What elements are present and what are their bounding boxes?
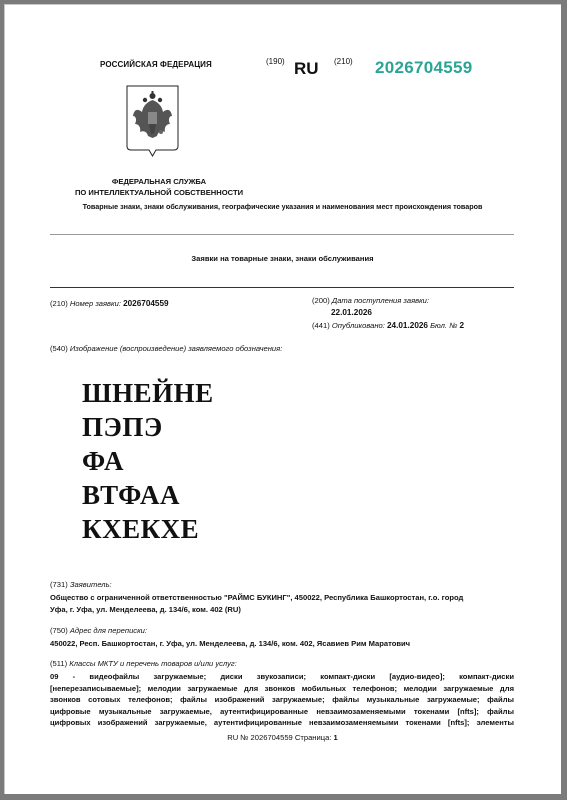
field-code: (441) [312, 321, 330, 330]
correspondence-address: 450022, Респ. Башкортостан, г. Уфа, ул. … [50, 638, 514, 650]
field-code: (540) [50, 344, 68, 353]
published-field: (441) Опубликовано: 24.01.2026 Бюл. № 2 [312, 321, 464, 330]
mark-line: КХЕКХЕ [82, 512, 214, 546]
document-number: 2026704559 [375, 58, 473, 78]
applicant-text: Общество с ограниченной ответственностью… [50, 592, 514, 615]
field-code: (200) [312, 296, 330, 305]
goods-line: 09 - видеофайлы загружаемые; диски звуко… [50, 671, 514, 683]
applicant-label: (731) Заявитель: [50, 580, 112, 589]
document-page: РОССИЙСКАЯ ФЕДЕРАЦИЯ (190) RU (210) 2026… [4, 4, 561, 794]
application-number-field: (210) Номер заявки: 2026704559 [50, 299, 169, 308]
published-date: 24.01.2026 [387, 321, 428, 330]
applicant-line: Уфа, г. Уфа, ул. Менделеева, д. 134/6, к… [50, 604, 514, 616]
divider [50, 287, 514, 288]
field-label: Адрес для переписки: [70, 626, 147, 635]
code-210: (210) [334, 57, 353, 66]
document-subtitle: Товарные знаки, знаки обслуживания, геог… [4, 202, 561, 211]
code-190: (190) [266, 57, 285, 66]
footer-reference: RU № 2026704559 Страница: [227, 733, 331, 742]
goods-line: цифровых изображений загружаемые, аутент… [50, 717, 514, 729]
application-number: 2026704559 [123, 299, 169, 308]
filing-date: 22.01.2026 [331, 308, 372, 317]
field-code: (750) [50, 626, 68, 635]
filing-date-field: (200) Дата поступления заявки: [312, 296, 429, 305]
field-label: Заявитель: [70, 580, 112, 589]
coat-of-arms-icon [125, 84, 180, 162]
mark-image-label: (540) Изображение (воспроизведение) заяв… [50, 344, 282, 353]
bulletin-number: 2 [459, 321, 464, 330]
goods-line: цифровые музыкальные загружаемые, аутент… [50, 706, 514, 718]
field-label: Номер заявки: [70, 299, 121, 308]
field-label: Дата поступления заявки: [332, 296, 429, 305]
correspondence-label: (750) Адрес для переписки: [50, 626, 147, 635]
goods-line: звонков сотовых телефонов; файлы изображ… [50, 694, 514, 706]
classes-label: (511) Классы МКТУ и перечень товаров и/и… [50, 659, 237, 668]
agency-line-1: ФЕДЕРАЛЬНАЯ СЛУЖБА [34, 176, 284, 187]
applicant-line: Общество с ограниченной ответственностью… [50, 592, 514, 604]
trademark-image: ШНЕЙНЕ ПЭПЭ ФА ВТФАА КХЕКХЕ [82, 376, 214, 546]
mark-line: ВТФАА [82, 478, 214, 512]
field-code: (210) [50, 299, 68, 308]
field-label: Изображение (воспроизведение) заявляемог… [70, 344, 282, 353]
divider [50, 234, 514, 235]
mark-line: ШНЕЙНЕ [82, 376, 214, 410]
mark-line: ПЭПЭ [82, 410, 214, 444]
classes-goods-list: 09 - видеофайлы загружаемые; диски звуко… [50, 671, 514, 729]
agency-name: ФЕДЕРАЛЬНАЯ СЛУЖБА ПО ИНТЕЛЛЕКТУАЛЬНОЙ С… [34, 176, 284, 198]
field-label: Классы МКТУ и перечень товаров и/или усл… [69, 659, 237, 668]
field-code: (731) [50, 580, 68, 589]
country-code: RU [294, 59, 319, 79]
country-name: РОССИЙСКАЯ ФЕДЕРАЦИЯ [100, 60, 212, 69]
bulletin-label: Бюл. № [430, 321, 457, 330]
field-code: (511) [50, 659, 67, 668]
field-label: Опубликовано: [332, 321, 385, 330]
page-number: 1 [334, 733, 338, 742]
agency-line-2: ПО ИНТЕЛЛЕКТУАЛЬНОЙ СОБСТВЕННОСТИ [34, 187, 284, 198]
mark-line: ФА [82, 444, 214, 478]
page-footer: RU № 2026704559 Страница: 1 [4, 733, 561, 742]
goods-line: [неперезаписываемые]; мелодии загружаемы… [50, 683, 514, 695]
section-title: Заявки на товарные знаки, знаки обслужив… [4, 254, 561, 263]
